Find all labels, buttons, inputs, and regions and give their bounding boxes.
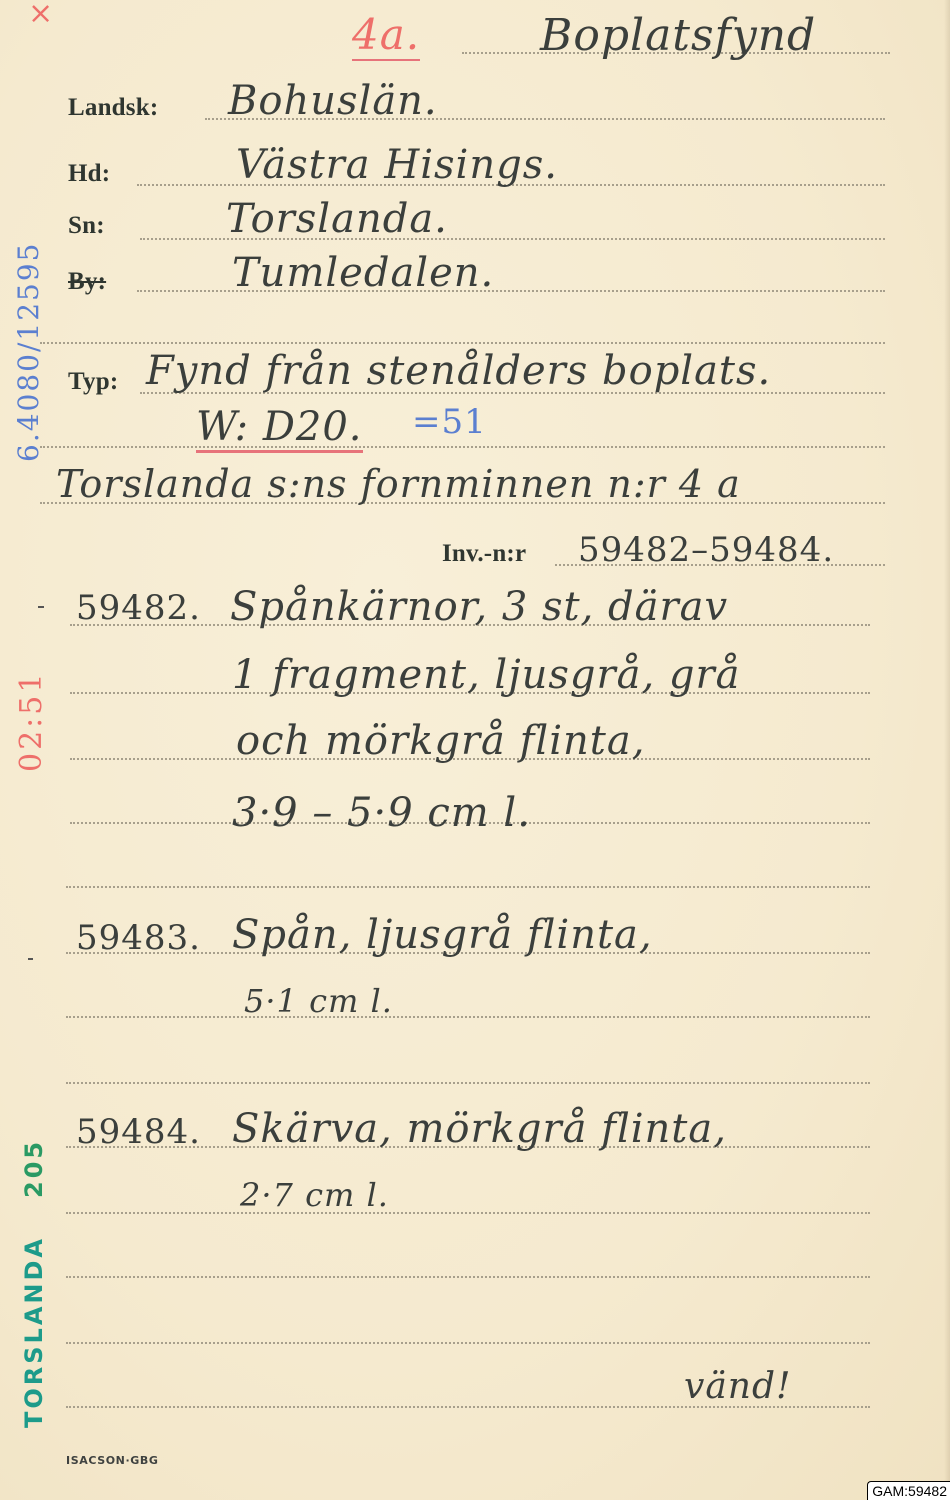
torslanda-stamp: TORSLANDA (20, 1236, 48, 1428)
entry-line: 2·7 cm l. (240, 1176, 389, 1214)
turn-over-note: vänd! (684, 1366, 792, 1407)
entry-line: Spån, ljusgrå flinta, (232, 912, 653, 958)
corner-mark: × (28, 0, 54, 31)
dotline-blank-4 (66, 1276, 870, 1278)
dotline-entry2-2 (66, 1016, 870, 1018)
site-number: 4a. (352, 10, 420, 59)
dotline-typ-2 (40, 446, 885, 448)
typ-annotation: =51 (412, 402, 487, 442)
label-hd: Hd: (68, 160, 110, 188)
catalog-id-tag: GAM:59482 (867, 1481, 950, 1500)
margin-note-red: 02:51 (14, 671, 49, 772)
value-by: Tumledalen. (232, 250, 494, 296)
entry-number: 59482. (76, 588, 201, 628)
entry-number: 59483. (76, 918, 201, 958)
entry-line: 1 fragment, ljusgrå, grå (232, 652, 740, 698)
typ-line-2: W: D20. (196, 404, 363, 450)
value-hd: Västra Hisings. (236, 142, 558, 188)
catalog-card: × 4a. Boplatsfynd Landsk: Bohuslän. Hd: … (0, 0, 950, 1500)
inventory-label: Inv.-n:r (442, 540, 526, 568)
category-title: Boplatsfynd (540, 10, 816, 61)
label-by-struck: By: (68, 268, 106, 296)
margin-tick (38, 606, 44, 608)
label-sn: Sn: (68, 212, 105, 240)
entry-line: 5·1 cm l. (244, 982, 393, 1020)
entry-number: 59484. (76, 1112, 201, 1152)
typ-line-3: Torslanda s:ns fornminnen n:r 4 a (56, 462, 741, 506)
dotline-blank-3 (66, 1082, 870, 1084)
entry-line: och mörkgrå flinta, (236, 718, 645, 764)
inventory-range: 59482–59484. (578, 530, 834, 570)
value-landsk: Bohuslän. (228, 78, 438, 124)
label-typ: Typ: (68, 368, 118, 396)
card-edge-shadow (944, 0, 950, 1500)
typ-line-1: Fynd från stenålders boplats. (146, 348, 771, 394)
margin-tick (28, 958, 33, 960)
dotline-blank (40, 342, 885, 344)
typ-reference: W: D20. (196, 404, 363, 453)
dotline-entry3-2 (66, 1212, 870, 1214)
dotline-blank-2 (66, 886, 870, 888)
dotline-blank-5 (66, 1342, 870, 1344)
site-number-text: 4a. (352, 10, 420, 61)
label-landsk: Landsk: (68, 94, 158, 122)
margin-number-green: 205 (20, 1139, 48, 1198)
margin-note-blue: 6.4080/12595 (12, 242, 45, 462)
entry-line: Spånkärnor, 3 st, därav (230, 584, 728, 630)
entry-line: Skärva, mörkgrå flinta, (232, 1106, 727, 1152)
entry-line: 3·9 – 5·9 cm l. (232, 790, 531, 836)
printer-mark: ISACSON·GBG (66, 1454, 159, 1467)
value-sn: Torslanda. (226, 196, 448, 242)
